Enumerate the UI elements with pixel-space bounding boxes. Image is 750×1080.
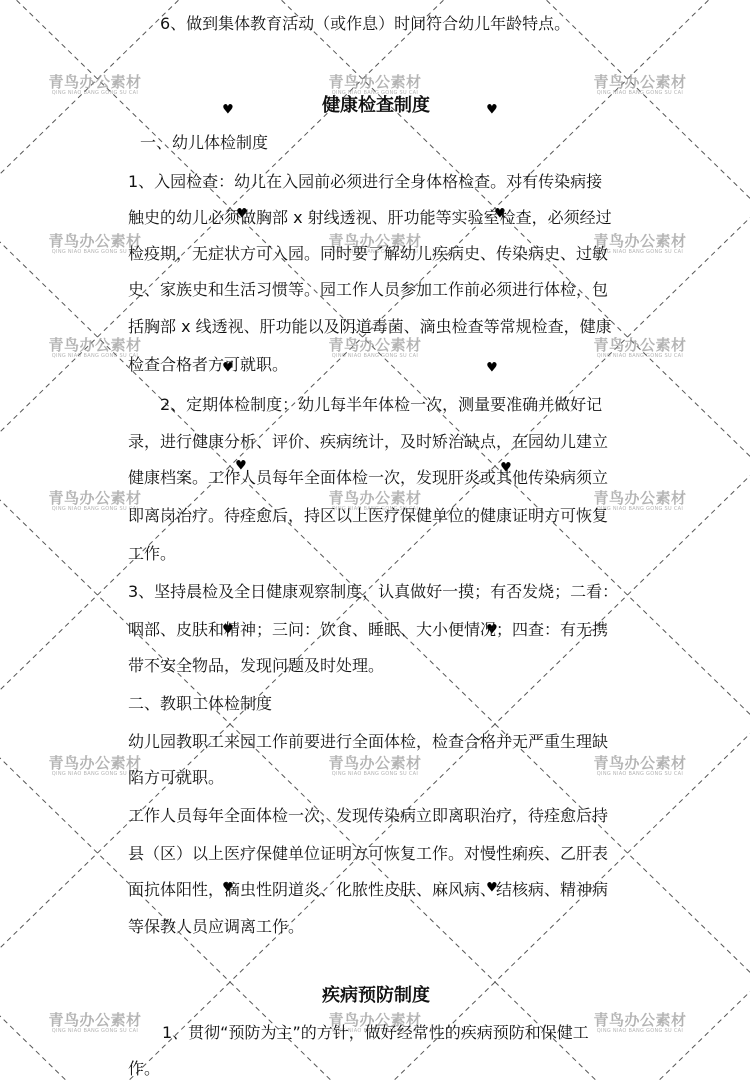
paragraph-line: 括胸部 x 线透视、肝功能以及阴道毒菌、滴虫检查等常规检查，健康 [128,317,612,337]
watermark-en-text: QING NIAO BANG GONG SU CAI [593,353,686,360]
heart-icon: ♥ [486,362,498,375]
watermark-cn-text: 青鸟办公素材 [48,490,141,506]
watermark-cn-text: 青鸟办公素材 [328,74,421,90]
watermark: 青鸟办公素材QING NIAO BANG GONG SU CAI [593,74,686,97]
paragraph-line: 咽部、皮肤和精神；三问：饮食、睡眠、大小便情况；四查：有无携 [128,620,608,640]
watermark-cn-text: 青鸟办公素材 [48,1012,141,1028]
watermark-en-text: QING NIAO BANG GONG SU CAI [48,90,141,97]
watermark-cn-text: 青鸟办公素材 [328,490,421,506]
watermark: 青鸟办公素材QING NIAO BANG GONG SU CAI [328,74,421,97]
watermark-en-text: QING NIAO BANG GONG SU CAI [328,771,421,778]
paragraph-line: 检疫期，无症状方可入园。同时要了解幼儿疾病史、传染病史、过敏 [128,244,608,264]
watermark: 青鸟办公素材QING NIAO BANG GONG SU CAI [328,337,421,360]
paragraph-line: 即离岗治疗。待痊愈后，持区以上医疗保健单位的健康证明方可恢复 [128,506,608,526]
paragraph-line: 陷方可就职。 [128,768,224,788]
watermark-cn-text: 青鸟办公素材 [593,490,686,506]
paragraph-line: 录，进行健康分析、评价、疾病统计，及时矫治缺点，在园幼儿建立 [128,432,608,452]
watermark-cn-text: 青鸟办公素材 [593,1012,686,1028]
section-title: 疾病预防制度 [322,986,430,1006]
heart-icon: ♥ [222,104,234,117]
paragraph-line: 带不安全物品，发现问题及时处理。 [128,656,384,676]
watermark-en-text: QING NIAO BANG GONG SU CAI [593,771,686,778]
watermark-en-text: QING NIAO BANG GONG SU CAI [593,90,686,97]
paragraph-line: 面抗体阳性，滴虫性阴道炎、化脓性皮肤、麻风病、结核病、精神病 [128,880,608,900]
watermark-cn-text: 青鸟办公素材 [593,74,686,90]
diamond-dashed-pattern [0,0,750,1080]
watermark: 青鸟办公素材QING NIAO BANG GONG SU CAI [593,1012,686,1035]
paragraph-line: 等保教人员应调离工作。 [128,917,304,937]
paragraph-line: 6、做到集体教育活动（或作息）时间符合幼儿年龄特点。 [160,14,570,34]
paragraph-line: 幼儿园教职工来园工作前要进行全面体检，检查合格并无严重生理缺 [128,732,608,752]
watermark-cn-text: 青鸟办公素材 [328,337,421,353]
watermark: 青鸟办公素材QING NIAO BANG GONG SU CAI [593,755,686,778]
watermark-cn-text: 青鸟办公素材 [593,755,686,771]
watermark-cn-text: 青鸟办公素材 [593,337,686,353]
section-title: 健康检查制度 [322,96,430,116]
paragraph-line: 健康档案。工作人员每年全面体检一次，发现肝炎或其他传染病须立 [128,468,608,488]
paragraph-line: 工作。 [128,544,176,564]
paragraph-line: 触史的幼儿必须做胸部 x 射线透视、肝功能等实验室检查，必须经过 [128,208,612,228]
watermark-en-text: QING NIAO BANG GONG SU CAI [48,1028,141,1035]
watermark-cn-text: 青鸟办公素材 [48,337,141,353]
watermark-en-text: QING NIAO BANG GONG SU CAI [593,1028,686,1035]
heart-icon: ♥ [486,104,498,117]
watermark-cn-text: 青鸟办公素材 [48,74,141,90]
watermark: 青鸟办公素材QING NIAO BANG GONG SU CAI [48,74,141,97]
paragraph-line: 二、教职工体检制度 [128,694,272,714]
paragraph-line: 1、贯彻“预防为主”的方针，做好经常性的疾病预防和保健工 [162,1023,589,1043]
paragraph-line: 作。 [128,1059,160,1079]
paragraph-line: 史、家族史和生活习惯等。园工作人员参加工作前必须进行体检，包 [128,280,608,300]
paragraph-line: 县（区）以上医疗保健单位证明方可恢复工作。对慢性痢疾、乙肝表 [128,844,608,864]
paragraph-line: 检查合格者方可就职。 [128,355,288,375]
watermark-cn-text: 青鸟办公素材 [328,755,421,771]
paragraph-line: 工作人员每年全面体检一次，发现传染病立即离职治疗，待痊愈后持 [128,806,608,826]
watermark: 青鸟办公素材QING NIAO BANG GONG SU CAI [593,337,686,360]
watermark: 青鸟办公素材QING NIAO BANG GONG SU CAI [48,1012,141,1035]
paragraph-line: 一、幼儿体检制度 [140,133,268,153]
paragraph-line: 3、坚持晨检及全日健康观察制度，认真做好一摸；有否发烧；二看： [128,582,618,602]
paragraph-line: 2、定期体检制度：幼儿每半年体检一次，测量要准确并做好记 [160,395,602,415]
watermark: 青鸟办公素材QING NIAO BANG GONG SU CAI [328,755,421,778]
paragraph-line: 1、入园检查：幼儿在入园前必须进行全身体格检查。对有传染病接 [128,172,602,192]
watermark-en-text: QING NIAO BANG GONG SU CAI [328,353,421,360]
